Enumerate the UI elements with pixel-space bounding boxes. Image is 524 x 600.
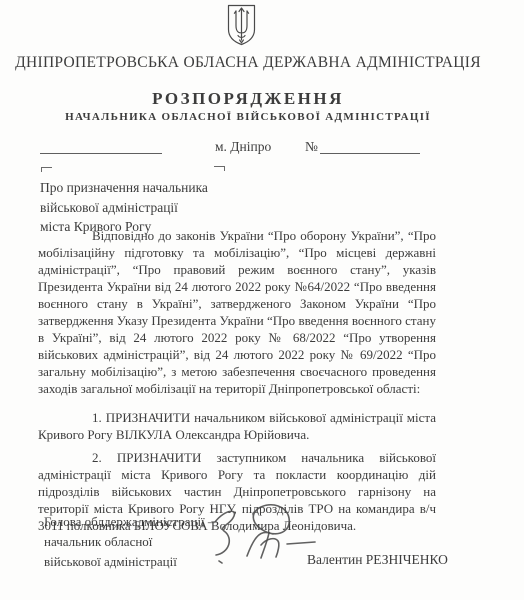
date-blank-line	[40, 152, 162, 154]
organization-name: ДНІПРОПЕТРОВСЬКА ОБЛАСНА ДЕРЖАВНА АДМІНІ…	[0, 54, 496, 72]
signatory-name: Валентин РЕЗНІЧЕНКО	[307, 552, 448, 568]
document-subtitle: НАЧАЛЬНИКА ОБЛАСНОЇ ВІЙСЬКОВОЇ АДМІНІСТР…	[0, 111, 496, 123]
order-item-1: 1. ПРИЗНАЧИТИ начальником військової адм…	[38, 409, 436, 443]
subject-line: військової адміністрації	[40, 198, 208, 218]
subject-line: Про призначення начальника	[40, 178, 208, 198]
number-blank-line	[320, 152, 420, 154]
scanned-document-page: ДНІПРОПЕТРОВСЬКА ОБЛАСНА ДЕРЖАВНА АДМІНІ…	[0, 0, 524, 600]
place-label: м. Дніпро	[215, 139, 271, 155]
ukraine-tryzub-emblem-icon	[226, 4, 257, 46]
preamble-paragraph: Відповідно до законів України “Про оборо…	[38, 227, 436, 397]
document-type-title: РОЗПОРЯДЖЕННЯ	[0, 89, 496, 109]
number-label: №	[305, 139, 318, 155]
heading-corner-mark-left	[41, 167, 52, 172]
document-body: Відповідно до законів України “Про оборо…	[38, 227, 436, 534]
heading-corner-mark-right	[214, 166, 225, 171]
